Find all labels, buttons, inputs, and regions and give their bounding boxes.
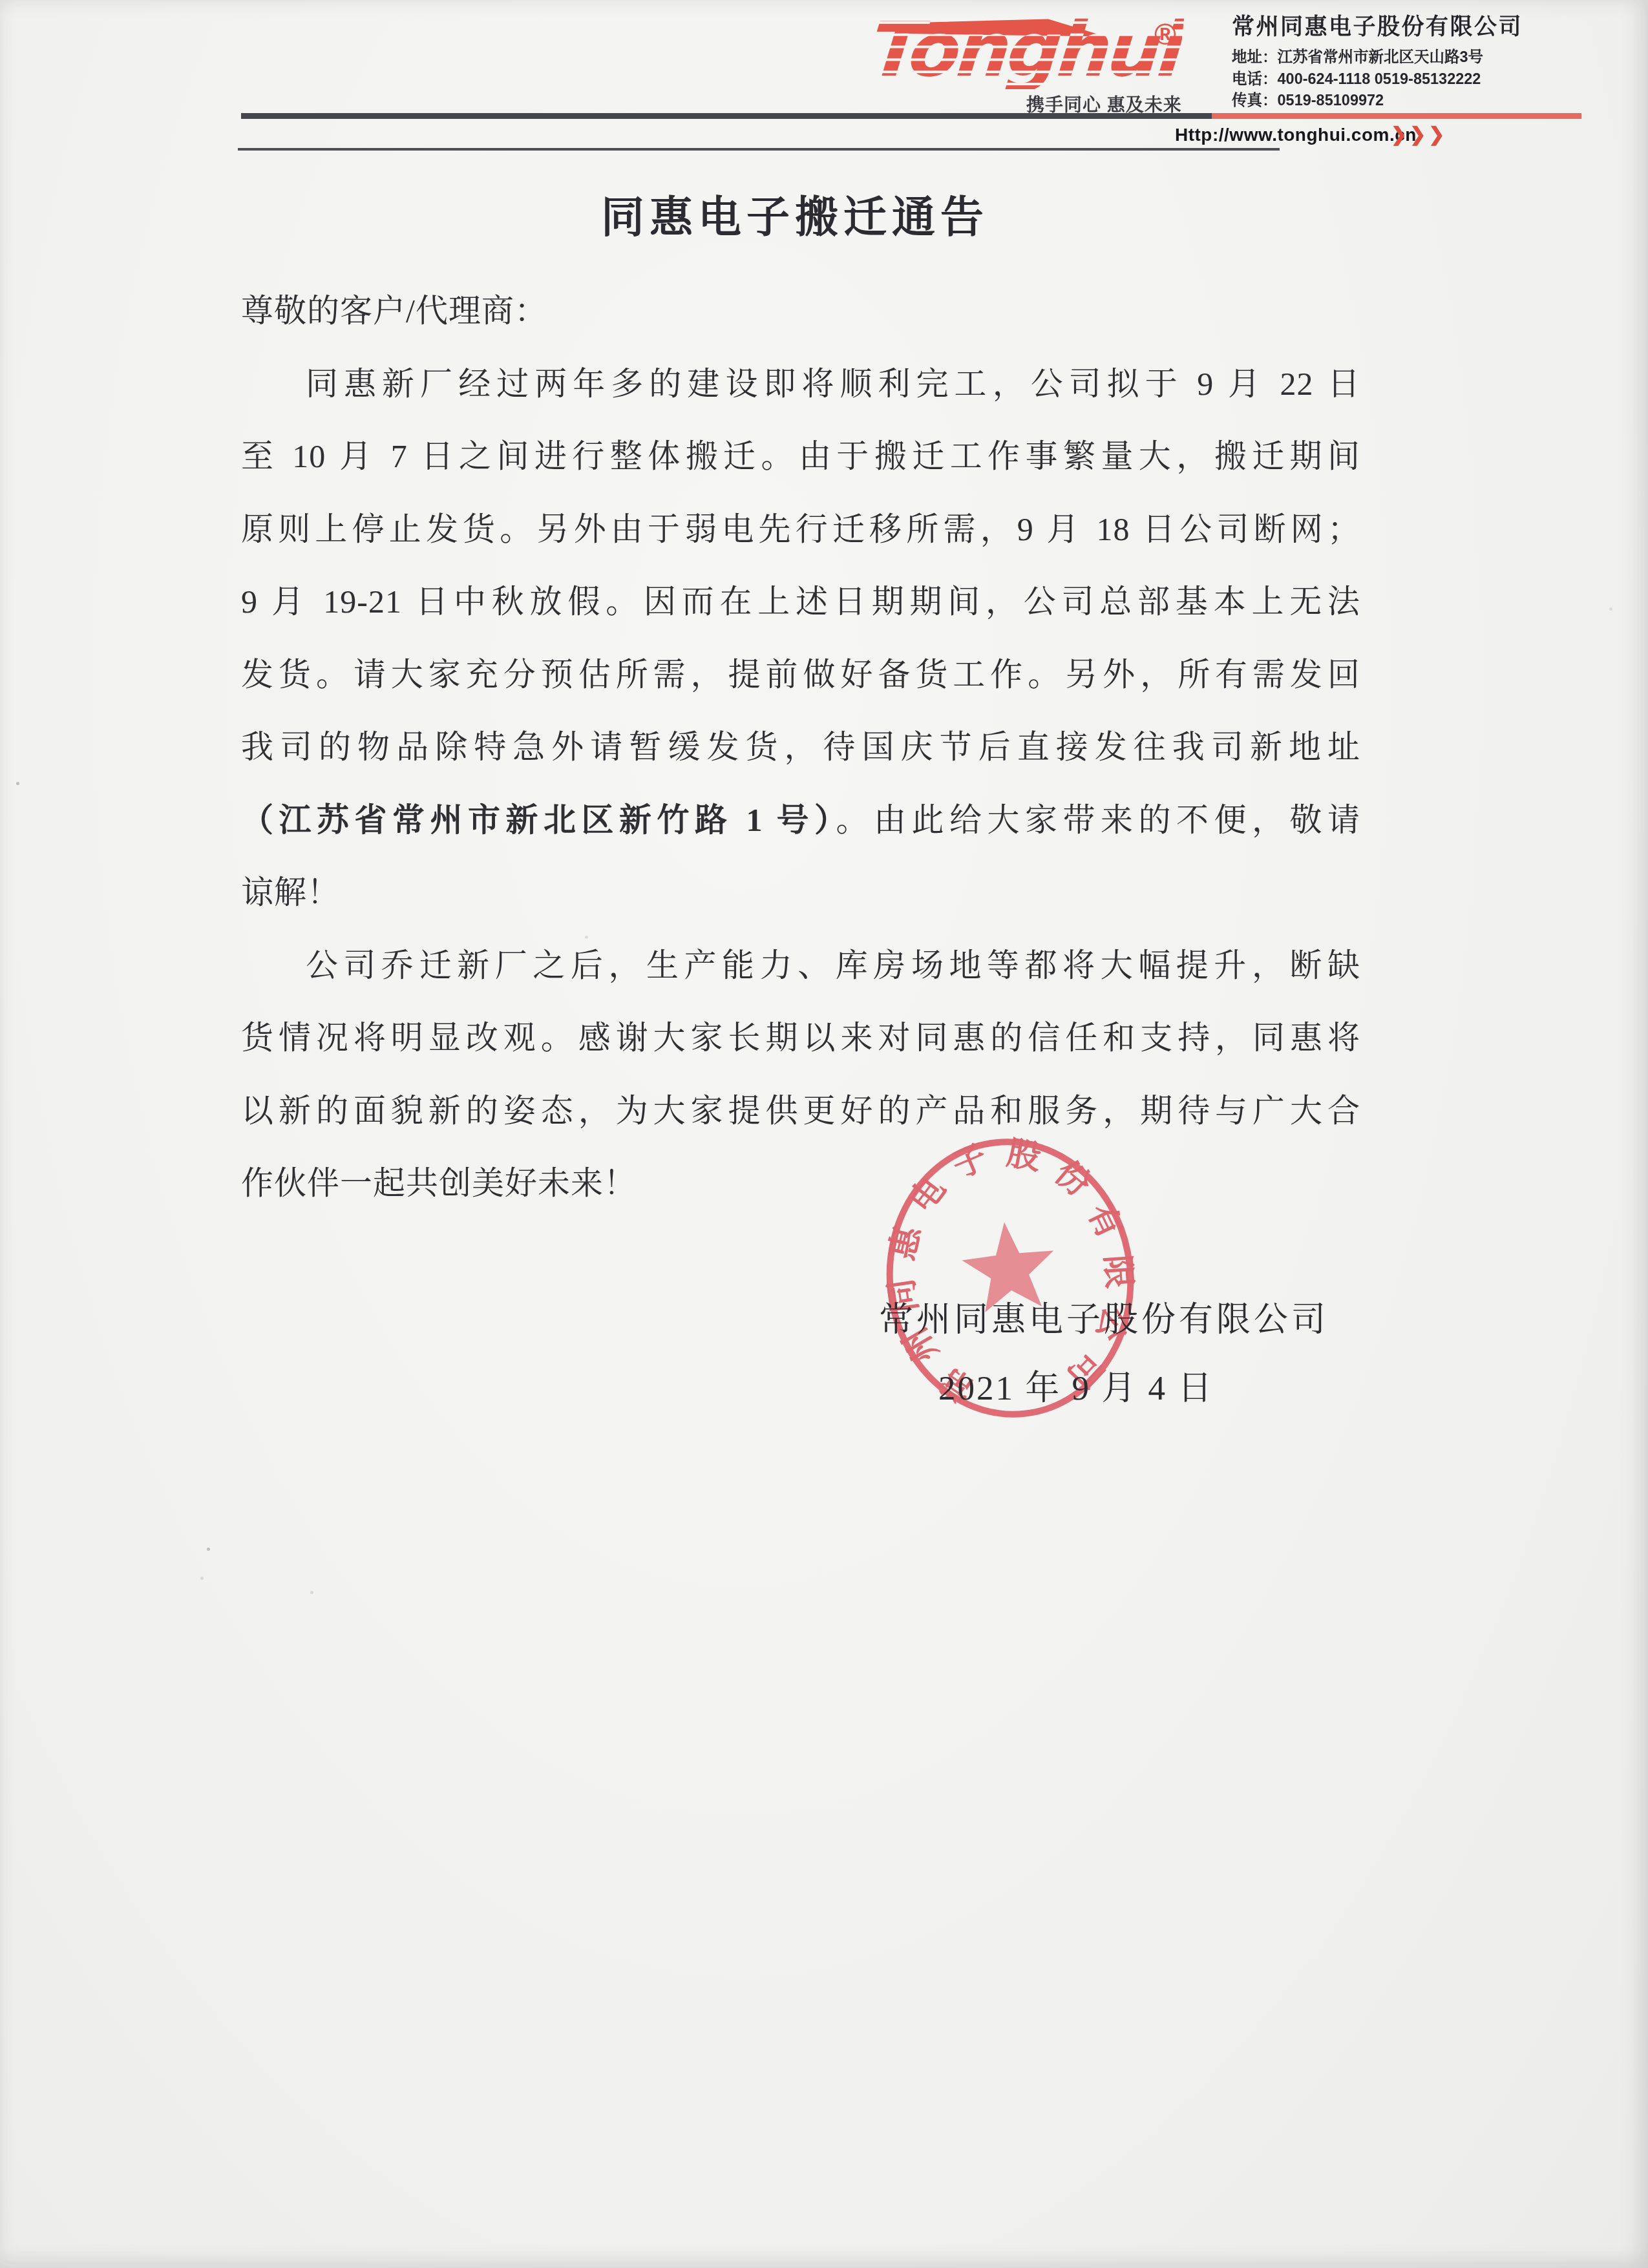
- body-line: 谅解！: [241, 856, 1360, 929]
- chevrons-icon: ❯❯❯: [1391, 123, 1447, 146]
- header-thin-rule: [238, 148, 1280, 151]
- notice-title: 同惠电子搬迁通告: [601, 183, 989, 245]
- body-line: 货情况将明显改观。感谢大家长期以来对同惠的信任和支持，同惠将: [241, 1002, 1360, 1075]
- body-line: 同惠新厂经过两年多的建设即将顺利完工，公司拟于 9 月 22 日: [241, 348, 1360, 421]
- scan-speck: [16, 782, 19, 785]
- company-name: 常州同惠电子股份有限公司: [1232, 13, 1523, 41]
- website-url: Http://www.tonghui.com.cn: [1175, 125, 1417, 145]
- scan-speck: [1609, 607, 1612, 611]
- notice-body: 尊敬的客户/代理商： 同惠新厂经过两年多的建设即将顺利完工，公司拟于 9 月 2…: [241, 275, 1360, 1220]
- salutation: 尊敬的客户/代理商：: [241, 275, 1360, 348]
- registered-trademark-icon: ®: [1154, 17, 1176, 52]
- signature-company: 常州同惠电子股份有限公司: [879, 1292, 1329, 1341]
- body-line: 公司乔迁新厂之后，生产能力、库房场地等都将大幅提升，断缺: [241, 929, 1360, 1002]
- company-address: 地址：江苏省常州市新北区天山路3号: [1232, 47, 1523, 68]
- body-line: 9 月 19-21 日中秋放假。因而在上述日期期间，公司总部基本上无法: [241, 565, 1360, 638]
- scan-speck: [310, 1591, 313, 1594]
- body-line: 我司的物品除特急外请暂缓发货，待国庆节后直接发往我司新地址: [241, 711, 1360, 784]
- tonghui-logo: Tonghui: [867, 12, 1185, 89]
- body-line: 至 10 月 7 日之间进行整体搬迁。由于搬迁工作事繁量大，搬迁期间: [241, 420, 1360, 493]
- company-fax: 传真：0519-85109972: [1232, 90, 1523, 112]
- company-phone: 电话：400-624-1118 0519-85132222: [1232, 68, 1523, 90]
- body-line: 原则上停止发货。另外由于弱电先行迁移所需，9 月 18 日公司断网；: [241, 493, 1360, 566]
- signature-date: 2021 年 9 月 4 日: [938, 1361, 1214, 1410]
- header-two-tone-rule: [241, 113, 1581, 119]
- body-line: 以新的面貌新的姿态，为大家提供更好的产品和服务，期待与广大合: [241, 1075, 1360, 1148]
- scan-speck: [585, 936, 588, 939]
- new-address-bold: （江苏省常州市新北区新竹路 1 号）: [241, 802, 836, 838]
- scan-speck: [207, 1548, 210, 1551]
- company-info-block: 常州同惠电子股份有限公司 地址：江苏省常州市新北区天山路3号 电话：400-62…: [1232, 13, 1523, 112]
- body-line: 作伙伴一起共创美好未来！: [241, 1147, 1360, 1220]
- body-line-new-address: （江苏省常州市新北区新竹路 1 号）。由此给大家带来的不便，敬请: [241, 784, 1360, 857]
- scanned-letter-page: { "header": { "logo": { "text": "Tonghui…: [0, 0, 1648, 2268]
- scan-speck: [200, 1577, 204, 1580]
- body-line: 发货。请大家充分预估所需，提前做好备货工作。另外，所有需发回: [241, 638, 1360, 711]
